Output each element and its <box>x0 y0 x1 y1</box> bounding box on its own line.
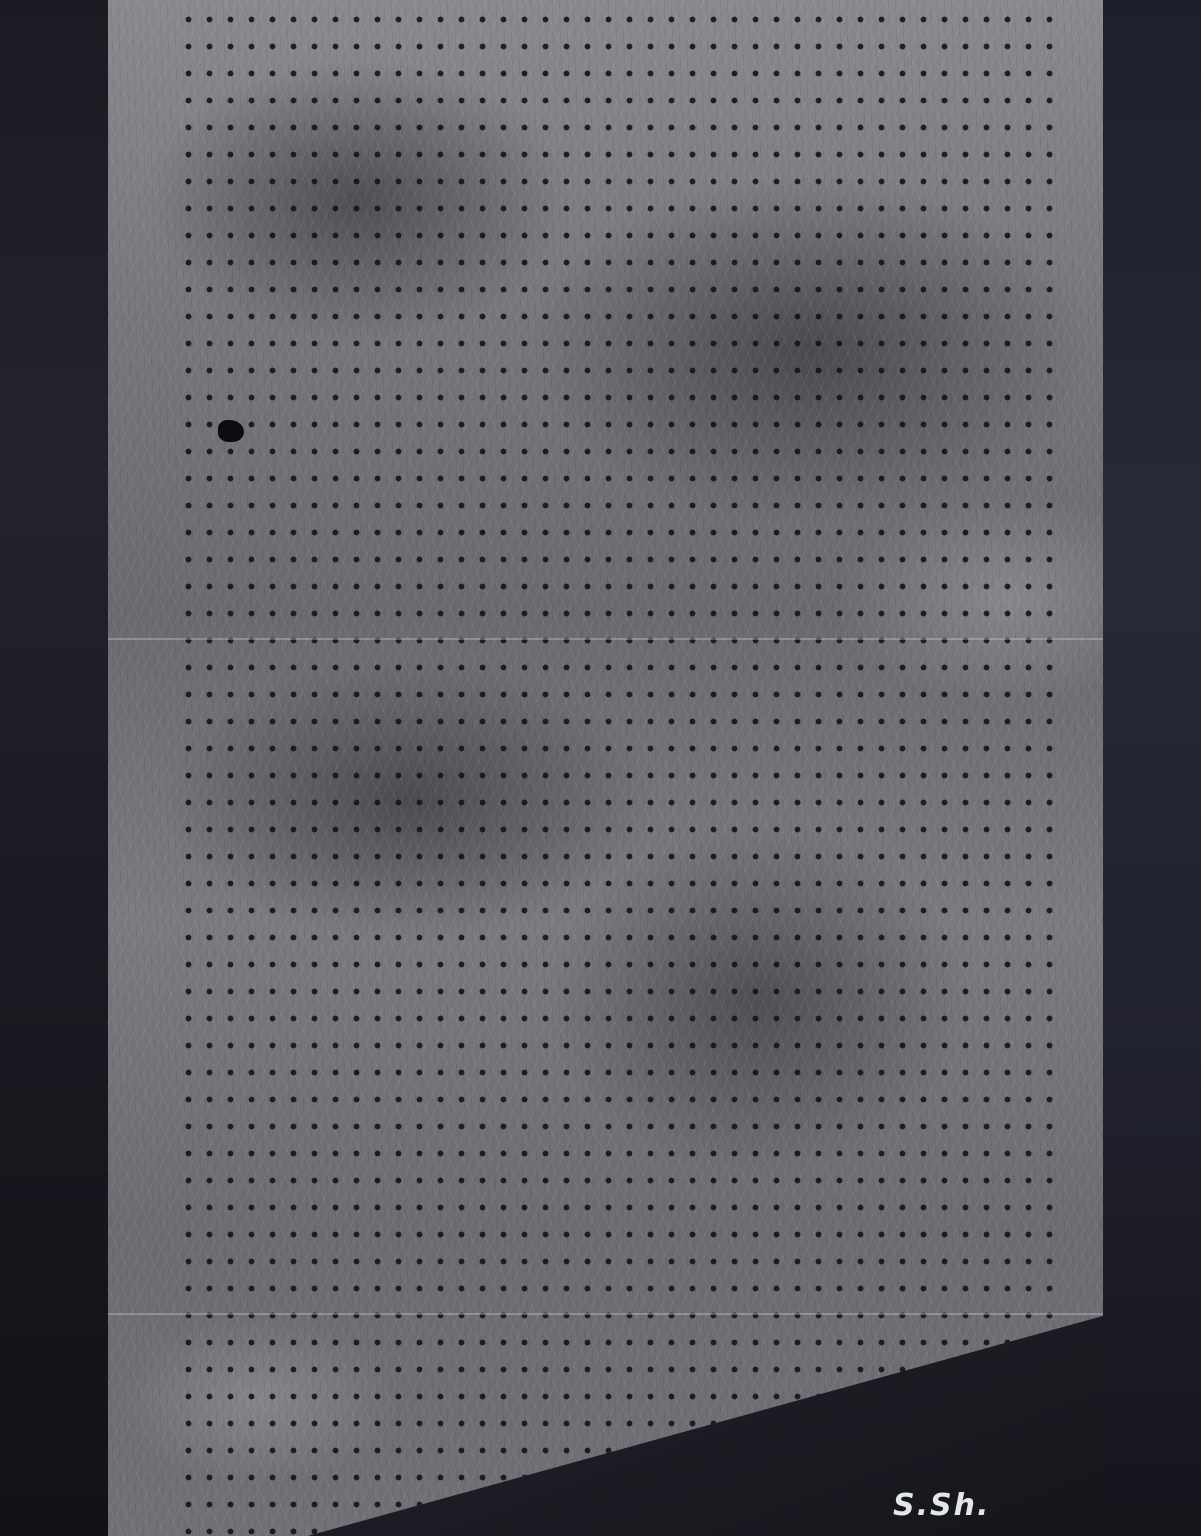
dark-patch <box>218 420 244 442</box>
dark-right-band <box>1103 0 1201 1536</box>
panel-seam <box>108 638 1103 640</box>
dark-left-band <box>0 0 108 1536</box>
panel-seam <box>108 1313 1103 1315</box>
punched-dot-rows <box>178 0 1058 1536</box>
artist-signature: S.Sh. <box>893 1488 990 1523</box>
silver-perforated-panel <box>108 0 1103 1536</box>
abstract-painting: S.Sh. <box>0 0 1201 1536</box>
